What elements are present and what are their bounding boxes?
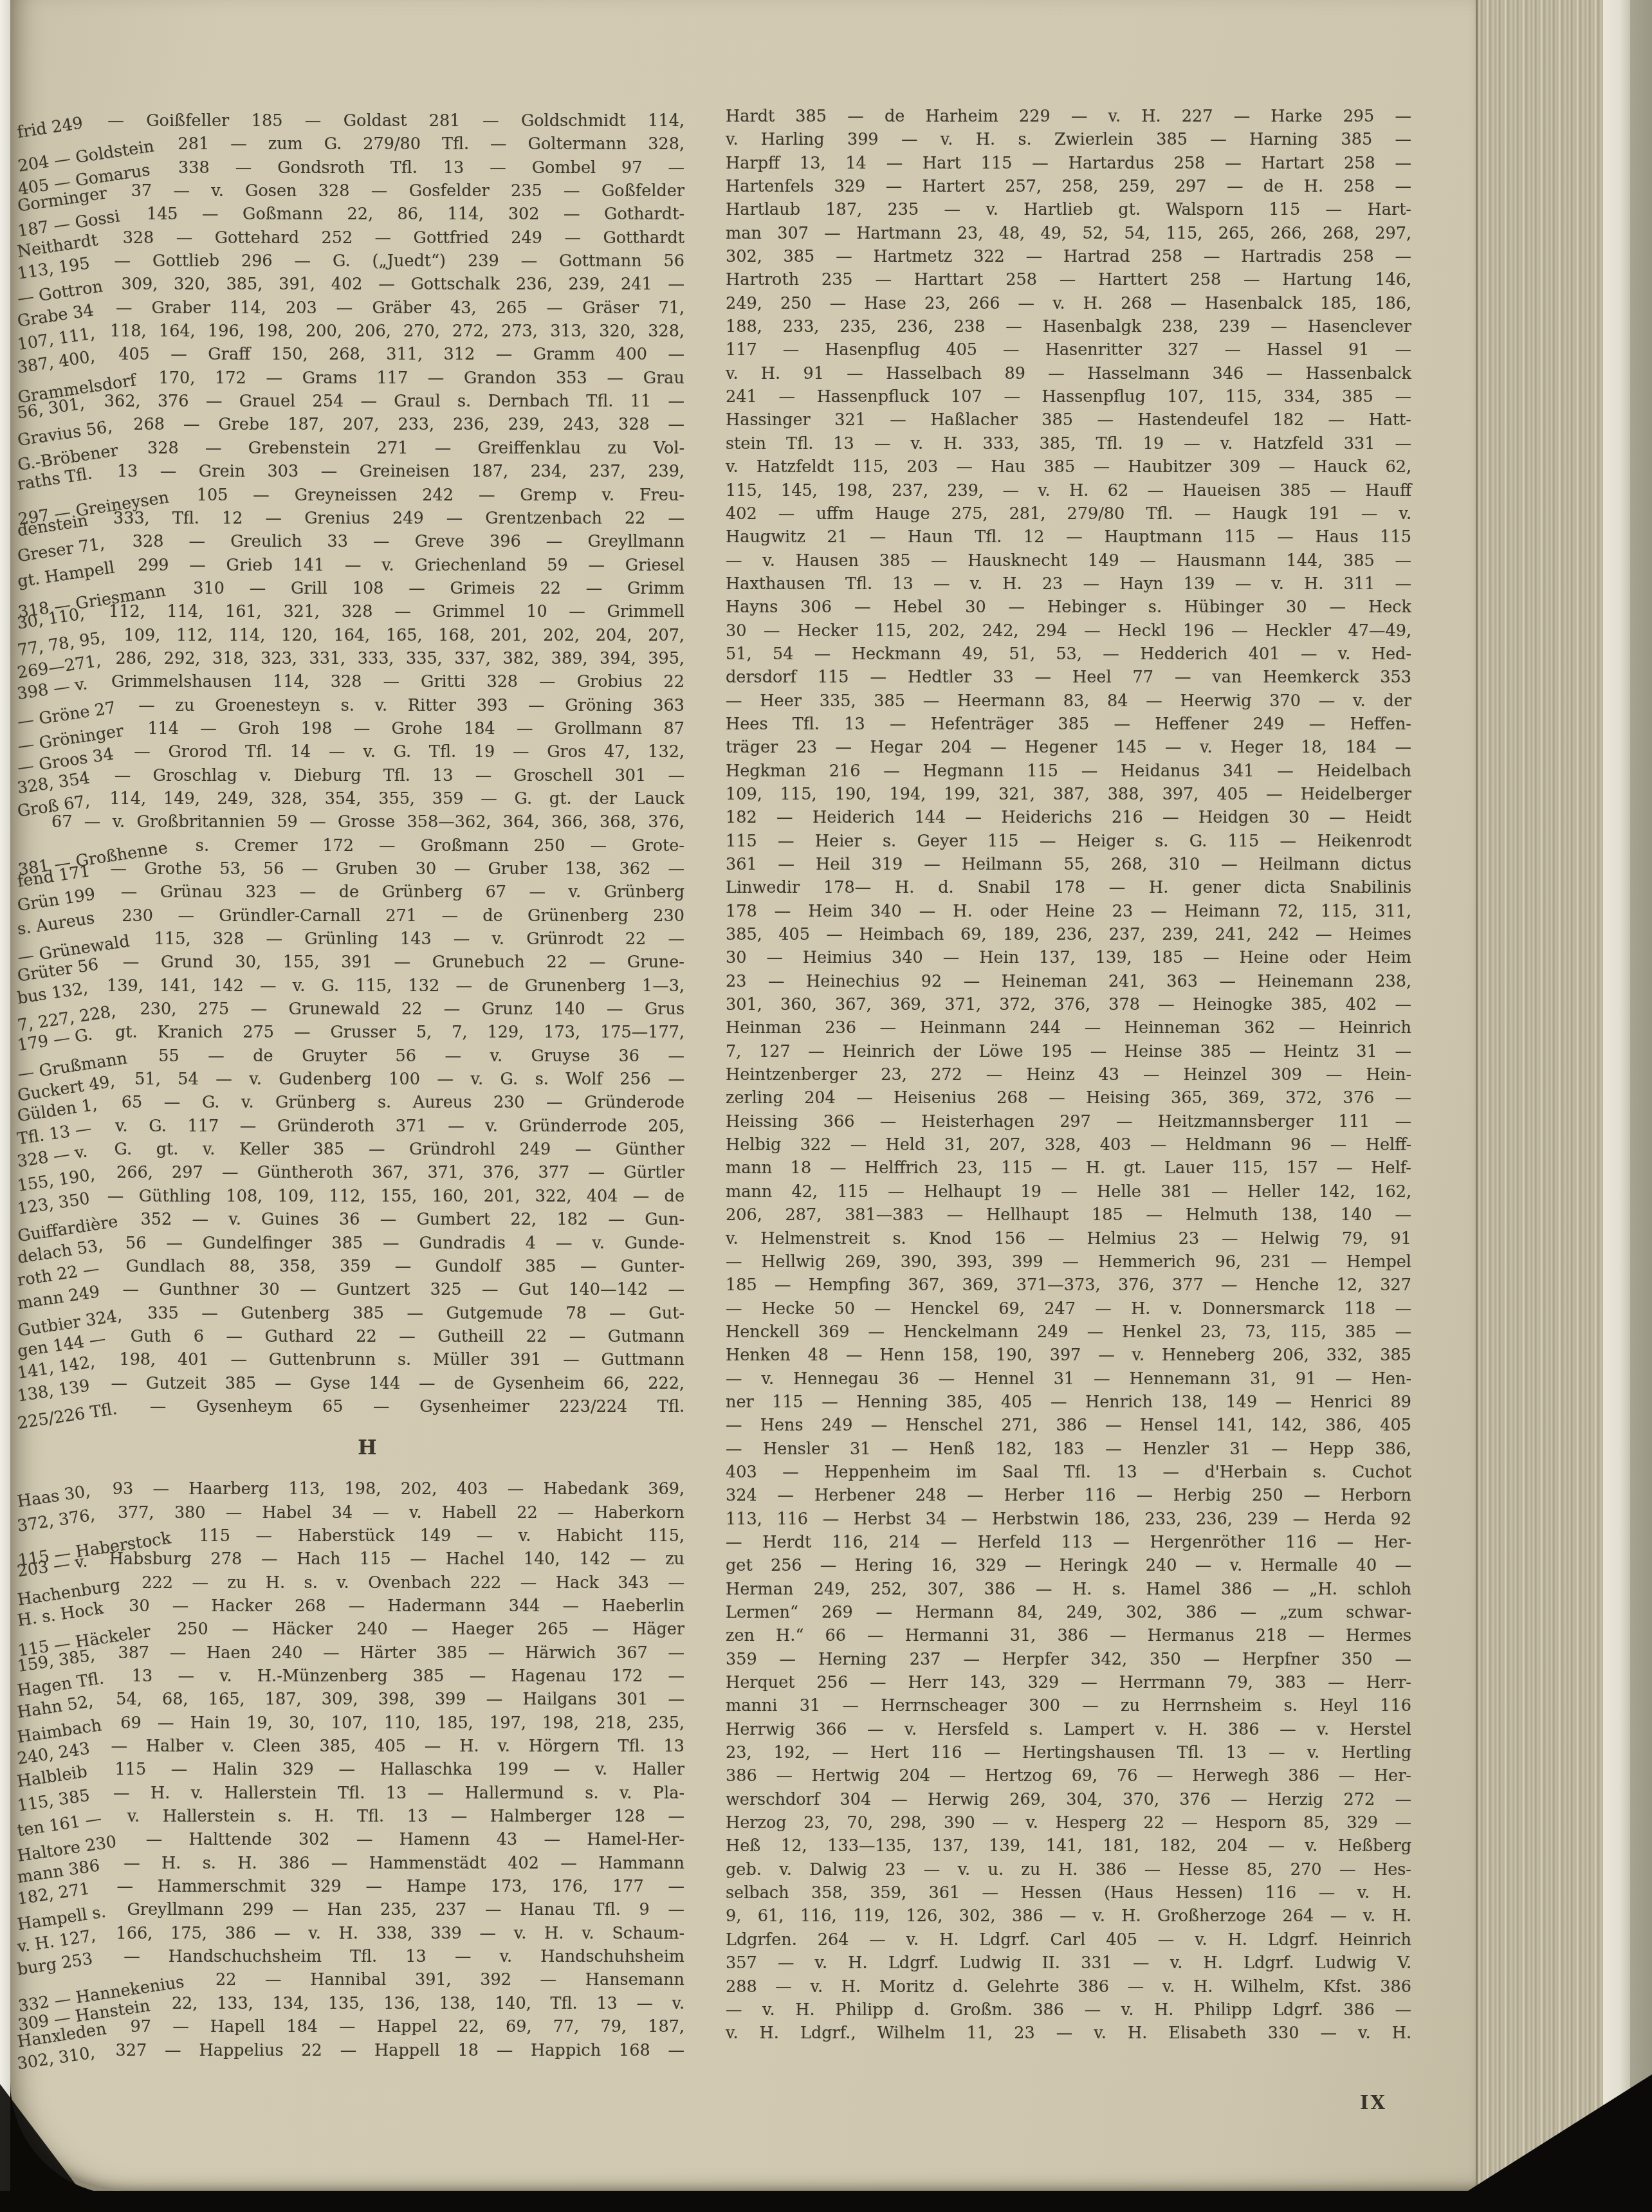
index-line: 7, 227, 228, 230, 275 — Grunewald 22 — G… (51, 998, 684, 1021)
index-line: 182 — Heiderich 144 — Heiderichs 216 — H… (726, 806, 1411, 829)
index-line: 359 — Herning 237 — Herpfer 342, 350 — H… (726, 1648, 1411, 1671)
index-line: Gutbier 324, 335 — Gutenberg 385 — Gutge… (51, 1302, 684, 1325)
index-line: 381 — Großhenne s. Cremer 172 — Großmann… (51, 834, 684, 857)
index-line: Tfl. 13 — v. G. 117 — Gründeroth 371 — v… (51, 1115, 684, 1138)
index-line: 107, 111, 118, 164, 196, 198, 200, 206, … (51, 320, 684, 343)
index-line: — Hellwig 269, 390, 393, 399 — Hemmerich… (726, 1250, 1411, 1274)
index-line: Henckell 369 — Henckelmann 249 — Henkel … (726, 1321, 1411, 1344)
index-line: Henken 48 — Henn 158, 190, 397 — v. Henn… (726, 1344, 1411, 1367)
page-edge-light-strip (1603, 0, 1630, 2212)
index-line: Hagen Tfl. 13 — v. H.-Münzenberg 385 — H… (51, 1665, 684, 1688)
index-line: 402 — uffm Hauge 275, 281, 279/80 Tfl. —… (726, 502, 1411, 526)
index-line: Lermen“ 269 — Hermann 84, 249, 302, 386 … (726, 1601, 1411, 1624)
index-line: 249, 250 — Hase 23, 266 — v. H. 268 — Ha… (726, 292, 1411, 315)
index-lines-g: frid 249 — Goißfeller 185 — Goldast 281 … (51, 109, 684, 1418)
book-cover-edge (1630, 0, 1652, 2212)
index-line: v. Hatzfeldt 115, 203 — Hau 385 — Haubit… (726, 455, 1411, 479)
index-line: 204 — Goldstein 281 — zum G. 279/80 Tfl.… (51, 133, 684, 156)
index-line: dersdorf 115 — Hedtler 33 — Heel 77 — va… (726, 666, 1411, 689)
index-line: gt. Hampell 299 — Grieb 141 — v. Grieche… (51, 554, 684, 577)
index-line: selbach 358, 359, 361 — Hessen (Haus Hes… (726, 1881, 1411, 1905)
index-line: Neithardt 328 — Gottehard 252 — Gottfrie… (51, 226, 684, 250)
index-line: 179 — G. gt. Kranich 275 — Grusser 5, 7,… (51, 1021, 684, 1044)
index-line: 115 — Heier s. Geyer 115 — Heiger s. G. … (726, 830, 1411, 853)
index-line: 405 — Gomarus 338 — Gondsroth Tfl. 13 — … (51, 156, 684, 179)
index-line: Hampell s. Greyllmann 299 — Han 235, 237… (51, 1898, 684, 1921)
index-line: 309 — Hanstein 22, 133, 134, 135, 136, 1… (51, 1992, 684, 2015)
index-line: man 307 — Hartmann 23, 48, 49, 52, 54, 1… (726, 222, 1411, 245)
index-line: Heintzenberger 23, 272 — Heinz 43 — Hein… (726, 1063, 1411, 1086)
index-line: 7, 127 — Heinrich der Löwe 195 — Heinse … (726, 1040, 1411, 1063)
index-column-right: Hardt 385 — de Harheim 229 — v. H. 227 —… (726, 105, 1411, 2045)
index-line: 77, 78, 95, 109, 112, 114, 120, 164, 165… (51, 624, 684, 647)
index-line: Heissing 366 — Heisterhagen 297 — Heitzm… (726, 1110, 1411, 1133)
index-line: 240, 243 — Halber v. Cleen 385, 405 — H.… (51, 1735, 684, 1758)
index-line: Gülden 1, 65 — G. v. Grünberg s. Aureus … (51, 1091, 684, 1114)
index-line: Hees Tfl. 13 — Hefenträger 385 — Heffene… (726, 713, 1411, 736)
index-line: träger 23 — Hegar 204 — Hegener 145 — v.… (726, 736, 1411, 759)
index-line: bus 132, 139, 141, 142 — v. G. 115, 132 … (51, 974, 684, 998)
index-line: 398 — v. Grimmelshausen 114, 328 — Gritt… (51, 670, 684, 693)
index-line: 225/226 Tfl. — Gysenheym 65 — Gysenheime… (51, 1395, 684, 1418)
index-line: Hachenburg 222 — zu H. s. v. Ovenbach 22… (51, 1571, 684, 1595)
index-line: 328, 354 — Groschlag v. Dieburg Tfl. 13 … (51, 764, 684, 787)
index-line: 328 — v. G. gt. v. Keller 385 — Gründroh… (51, 1138, 684, 1161)
index-line: — Groos 34 — Grorod Tfl. 14 — v. G. Tfl.… (51, 740, 684, 763)
index-line: Grüter 56 — Grund 30, 155, 391 — Grunebu… (51, 951, 684, 974)
index-line: Guckert 49, 51, 54 — v. Gudenberg 100 — … (51, 1068, 684, 1091)
index-line: Haimbach 69 — Hain 19, 30, 107, 110, 185… (51, 1712, 684, 1735)
index-line: Hanxleden 97 — Hapell 184 — Happel 22, 6… (51, 2015, 684, 2038)
index-line: Helbig 322 — Held 31, 207, 328, 403 — He… (726, 1133, 1411, 1156)
index-line: 56, 301, 362, 376 — Grauel 254 — Graul s… (51, 390, 684, 413)
index-line: geb. v. Dalwig 23 — v. u. zu H. 386 — He… (726, 1858, 1411, 1881)
index-line: v. H. 127, 166, 175, 386 — v. H. 338, 33… (51, 1922, 684, 1945)
index-line: — Hecke 50 — Henckel 69, 247 — H. v. Don… (726, 1297, 1411, 1321)
index-line: 297 — Greineysen 105 — Greyneissen 242 —… (51, 484, 684, 507)
index-line: zerling 204 — Heisenius 268 — Heising 36… (726, 1086, 1411, 1110)
index-line: 23, 192, — Hert 116 — Hertingshausen Tfl… (726, 1741, 1411, 1764)
index-line: 185 — Hempfing 367, 369, 371—373, 376, 3… (726, 1274, 1411, 1297)
index-line: — Gröne 27 — zu Groenesteyn s. v. Ritter… (51, 694, 684, 717)
index-line: 30 — Hecker 115, 202, 242, 294 — Heckl 1… (726, 619, 1411, 643)
index-line: 403 — Heppenheim im Saal Tfl. 13 — d'Her… (726, 1461, 1411, 1484)
index-line: stein Tfl. 13 — v. H. 333, 385, Tfl. 19 … (726, 432, 1411, 455)
index-line: 301, 360, 367, 369, 371, 372, 376, 378 —… (726, 993, 1411, 1016)
index-lines-h: Haas 30, 93 — Haarberg 113, 198, 202, 40… (51, 1477, 684, 2062)
index-line: 178 — Heim 340 — H. oder Heine 23 — Heim… (726, 900, 1411, 923)
index-line: 357 — v. H. Ldgrf. Ludwig II. 331 — v. H… (726, 1951, 1411, 1975)
index-line: 123, 350 — Güthling 108, 109, 112, 155, … (51, 1185, 684, 1208)
index-line: Harpff 13, 14 — Hart 115 — Hartardus 258… (726, 152, 1411, 175)
index-line: Gorminger 37 — v. Gosen 328 — Gosfelder … (51, 179, 684, 203)
section-header: H (51, 1418, 684, 1477)
index-line: Haxthausen Tfl. 13 — v. H. 23 — Hayn 139… (726, 572, 1411, 596)
background-bottom (0, 2191, 1652, 2212)
index-line: ner 115 — Henning 385, 405 — Henrich 138… (726, 1391, 1411, 1414)
index-line: Groß 67, 114, 149, 249, 328, 354, 355, 3… (51, 787, 684, 810)
index-line: 361 — Heil 319 — Heilmann 55, 268, 310 —… (726, 853, 1411, 876)
index-line: 318 — Griesmann 310 — Grill 108 — Grimei… (51, 577, 684, 600)
index-line: Herman 249, 252, 307, 386 — H. s. Hamel … (726, 1578, 1411, 1601)
index-line: Hegkman 216 — Hegmann 115 — Heidanus 341… (726, 760, 1411, 783)
index-line: Hardt 385 — de Harheim 229 — v. H. 227 —… (726, 105, 1411, 128)
index-line: — Gottron 309, 320, 385, 391, 402 — Gott… (51, 273, 684, 296)
index-line: v. H. Ldgrf., Wilhelm 11, 23 — v. H. Eli… (726, 2022, 1411, 2045)
book-scan: frid 249 — Goißfeller 185 — Goldast 281 … (0, 0, 1652, 2212)
index-line: — Heer 335, 385 — Heermann 83, 84 — Heer… (726, 690, 1411, 713)
index-line: Heß 12, 133—135, 137, 139, 141, 181, 182… (726, 1834, 1411, 1858)
index-line: — v. H. Philipp d. Großm. 386 — v. H. Ph… (726, 1998, 1411, 2022)
index-line: G.-Bröbener 328 — Grebenstein 271 — Grei… (51, 437, 684, 460)
index-line: — Hens 249 — Henschel 271, 386 — Hensel … (726, 1414, 1411, 1437)
index-line: Hassinger 321 — Haßlacher 385 — Hastende… (726, 408, 1411, 432)
index-line: mann 42, 115 — Helhaupt 19 — Helle 381 —… (726, 1180, 1411, 1203)
index-line: 182, 271 — Hammerschmit 329 — Hampe 173,… (51, 1875, 684, 1898)
index-line: 385, 405 — Heimbach 69, 189, 236, 237, 2… (726, 923, 1411, 946)
index-line: Haugwitz 21 — Haun Tfl. 12 — Hauptmann 1… (726, 526, 1411, 549)
index-line: 113, 116 — Herbst 34 — Herbstwin 186, 23… (726, 1508, 1411, 1531)
index-line: 30 — Heimius 340 — Hein 137, 139, 185 — … (726, 946, 1411, 969)
index-line: 113, 195 — Gottlieb 296 — G. („Juedt“) 2… (51, 250, 684, 273)
index-line: — Hensler 31 — Henß 182, 183 — Henzler 3… (726, 1438, 1411, 1461)
index-line: Halbleib 115 — Halin 329 — Hallaschka 19… (51, 1758, 684, 1781)
index-line: 302, 385 — Hartmetz 322 — Hartrad 258 — … (726, 245, 1411, 268)
index-line: Linwedir 178— H. d. Snabil 178 — H. gene… (726, 876, 1411, 899)
index-line: — v. Hausen 385 — Hausknecht 149 — Hausm… (726, 549, 1411, 572)
index-line: ten 161 — v. Hallerstein s. H. Tfl. 13 —… (51, 1805, 684, 1828)
index-line: 138, 139 — Gutzeit 385 — Gyse 144 — de G… (51, 1372, 684, 1395)
index-line: mann 386 — H. s. H. 386 — Hammenstädt 40… (51, 1852, 684, 1875)
index-line: burg 253 — Handschuchsheim Tfl. 13 — v. … (51, 1945, 684, 1968)
index-line: 241 — Hassenpfluck 107 — Hassenpflug 107… (726, 385, 1411, 408)
index-line: 159, 385, 387 — Haen 240 — Härter 385 — … (51, 1641, 684, 1665)
index-line: Heinman 236 — Heinmann 244 — Heinneman 3… (726, 1016, 1411, 1039)
index-line: v. Helmenstreit s. Knod 156 — Helmius 23… (726, 1227, 1411, 1250)
index-line: 23 — Heinechius 92 — Heineman 241, 363 —… (726, 970, 1411, 993)
index-line: mann 249 — Gunthner 30 — Guntzert 325 — … (51, 1278, 684, 1301)
index-line: Guiffardière 352 — v. Guines 36 — Gumber… (51, 1208, 684, 1231)
index-line: 109, 115, 190, 194, 199, 321, 387, 388, … (726, 783, 1411, 806)
index-line: 206, 287, 381—383 — Hellhaupt 185 — Helm… (726, 1203, 1411, 1227)
index-line: werschdorf 304 — Herwig 269, 304, 370, 3… (726, 1788, 1411, 1811)
index-line: Ldgrfen. 264 — v. H. Ldgrf. Carl 405 — v… (726, 1928, 1411, 1951)
index-line: 324 — Herbener 248 — Herber 116 — Herbig… (726, 1484, 1411, 1507)
index-line: Hartenfels 329 — Hartert 257, 258, 259, … (726, 175, 1411, 198)
index-line: 386 — Hertwig 204 — Hertzog 69, 76 — Her… (726, 1764, 1411, 1787)
index-line: 155, 190, 266, 297 — Güntheroth 367, 371… (51, 1161, 684, 1184)
index-line: delach 53, 56 — Gundelfinger 385 — Gundr… (51, 1232, 684, 1255)
index-column-left: frid 249 — Goißfeller 185 — Goldast 281 … (14, 109, 684, 2062)
index-line: 115, 385 — H. v. Hallerstein Tfl. 13 — H… (51, 1782, 684, 1805)
index-line: Hartroth 235 — Harttart 258 — Harttert 2… (726, 268, 1411, 291)
index-line: Haltore 230 — Halttende 302 — Hamenn 43 … (51, 1828, 684, 1851)
index-line: 269—271, 286, 292, 318, 323, 331, 333, 3… (51, 647, 684, 670)
index-line: roth 22 — Gundlach 88, 358, 359 — Gundol… (51, 1255, 684, 1278)
index-line: v. H. 91 — Hasselbach 89 — Hasselmann 34… (726, 362, 1411, 385)
index-line: Grün 199 — Grünau 323 — de Grünberg 67 —… (51, 881, 684, 904)
index-line: gen 144 — Guth 6 — Guthard 22 — Gutheill… (51, 1325, 684, 1348)
index-line: Herquet 256 — Herr 143, 329 — Herrmann 7… (726, 1671, 1411, 1694)
index-line: 115, 145, 198, 237, 239, — v. H. 62 — Ha… (726, 479, 1411, 502)
index-line: Gravius 56, 268 — Grebe 187, 207, 233, 2… (51, 413, 684, 436)
index-line: 302, 310, 327 — Happelius 22 — Happell 1… (51, 2039, 684, 2062)
index-line: Grammelsdorf 170, 172 — Grams 117 — Gran… (51, 367, 684, 390)
index-lines-right: Hardt 385 — de Harheim 229 — v. H. 227 —… (726, 105, 1411, 2045)
index-line: manni 31 — Herrnscheager 300 — zu Herrns… (726, 1694, 1411, 1717)
index-line: — Grußmann 55 — de Gruyter 56 — v. Gruys… (51, 1045, 684, 1068)
index-line: get 256 — Hering 16, 329 — Heringk 240 —… (726, 1554, 1411, 1577)
index-line: 117 — Hasenpflug 405 — Hasenritter 327 —… (726, 338, 1411, 361)
index-line: 115 — Haberstock 115 — Haberstück 149 — … (51, 1524, 684, 1548)
book-fore-edge (1476, 0, 1603, 2212)
index-line: 332 — Hannekenius 22 — Hannibal 391, 392… (51, 1968, 684, 1991)
index-line: Herrwig 366 — v. Hersfeld s. Lampert v. … (726, 1718, 1411, 1741)
index-line: 67 — v. Großbritannien 59 — Grosse 358—3… (51, 810, 684, 834)
index-line: Haas 30, 93 — Haarberg 113, 198, 202, 40… (51, 1477, 684, 1501)
index-line: 187 — Gossi 145 — Goßmann 22, 86, 114, 3… (51, 203, 684, 226)
index-line: Hahn 52, 54, 68, 165, 187, 309, 398, 399… (51, 1688, 684, 1711)
index-line: 288 — v. H. Moritz d. Gelehrte 386 — v. … (726, 1975, 1411, 1998)
index-line: 51, 54 — Heckmann 49, 51, 53, — Hedderic… (726, 643, 1411, 666)
index-line: 141, 142, 198, 401 — Guttenbrunn s. Müll… (51, 1348, 684, 1371)
index-line: — Gröninger 114 — Groh 198 — Grohe 184 —… (51, 717, 684, 740)
index-line: Herzog 23, 70, 298, 390 — v. Hesperg 22 … (726, 1811, 1411, 1834)
index-line: Grabe 34 — Graber 114, 203 — Gräber 43, … (51, 297, 684, 320)
index-line: zen H.“ 66 — Hermanni 31, 386 — Hermanus… (726, 1624, 1411, 1647)
page-number: IX (1338, 2092, 1409, 2114)
index-line: 9, 61, 116, 119, 126, 302, 386 — v. H. G… (726, 1905, 1411, 1928)
index-line: mann 18 — Helffrich 23, 115 — H. gt. Lau… (726, 1156, 1411, 1180)
index-line: 387, 400, 405 — Graff 150, 268, 311, 312… (51, 343, 684, 366)
index-line: 372, 376, 377, 380 — Habel 34 — v. Habel… (51, 1501, 684, 1524)
index-line: 115 — Häckeler 250 — Häcker 240 — Haeger… (51, 1618, 684, 1641)
index-line: H. s. Hock 30 — Hacker 268 — Hadermann 3… (51, 1595, 684, 1618)
index-line: — v. Hennegau 36 — Hennel 31 — Hennemann… (726, 1367, 1411, 1391)
index-line: v. Harling 399 — v. H. s. Zwierlein 385 … (726, 128, 1411, 151)
index-line: frid 249 — Goißfeller 185 — Goldast 281 … (51, 109, 684, 133)
index-line: — Grünewald 115, 328 — Grünling 143 — v.… (51, 928, 684, 951)
index-line: Greser 71, 328 — Greulich 33 — Greve 396… (51, 530, 684, 553)
index-line: 188, 233, 235, 236, 238 — Hasenbalgk 238… (726, 315, 1411, 338)
index-line: Hartlaub 187, 235 — v. Hartlieb gt. Wals… (726, 198, 1411, 221)
index-line: s. Aureus 230 — Gründler-Carnall 271 — d… (51, 904, 684, 928)
left-page-margin-strip (0, 0, 10, 2195)
index-line: — Herdt 116, 214 — Herfeld 113 — Hergenr… (726, 1531, 1411, 1554)
index-line: Hayns 306 — Hebel 30 — Hebinger s. Hübin… (726, 596, 1411, 619)
index-line: raths Tfl. 13 — Grein 303 — Greineisen 1… (51, 460, 684, 483)
